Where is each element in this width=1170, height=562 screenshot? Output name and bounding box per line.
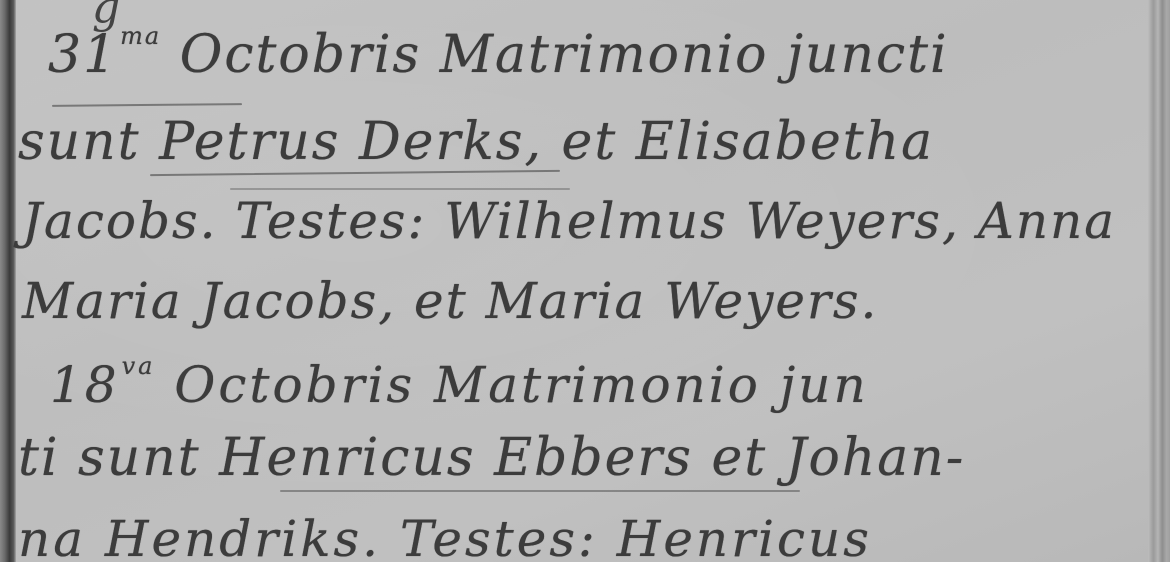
entry1-line2: sunt Petrus Derks, et Elisabetha — [18, 112, 934, 172]
entry1-line4: Maria Jacobs, et Maria Weyers. — [22, 272, 878, 330]
underline-entry2-groom — [280, 490, 800, 492]
underline-entry1-date — [52, 103, 242, 107]
book-binding-shadow — [0, 0, 16, 562]
entry2-day: 18 — [50, 356, 120, 414]
entry2-line1: 18va Octobris Matrimonio jun — [50, 352, 869, 414]
entry1-day-suffix: ma — [120, 22, 161, 50]
register-page-scan: g 31ma Octobris Matrimonio juncti sunt P… — [0, 0, 1170, 562]
entry1-line1: 31ma Octobris Matrimonio juncti — [48, 22, 949, 85]
entry2-line2: ti sunt Henricus Ebbers et Johan- — [18, 428, 965, 488]
entry2-day-suffix: va — [122, 352, 156, 380]
entry1-day: 31 — [48, 25, 118, 85]
entry2-line3: na Hendriks. Testes: Henricus — [18, 510, 872, 562]
underline-witness — [230, 188, 570, 190]
entry2-line1-text: Octobris Matrimonio jun — [174, 356, 868, 414]
entry1-line1-text: Octobris Matrimonio juncti — [180, 25, 949, 85]
page-edge-right — [1148, 0, 1170, 562]
entry1-line3: Jacobs. Testes: Wilhelmus Weyers, Anna — [22, 192, 1116, 250]
